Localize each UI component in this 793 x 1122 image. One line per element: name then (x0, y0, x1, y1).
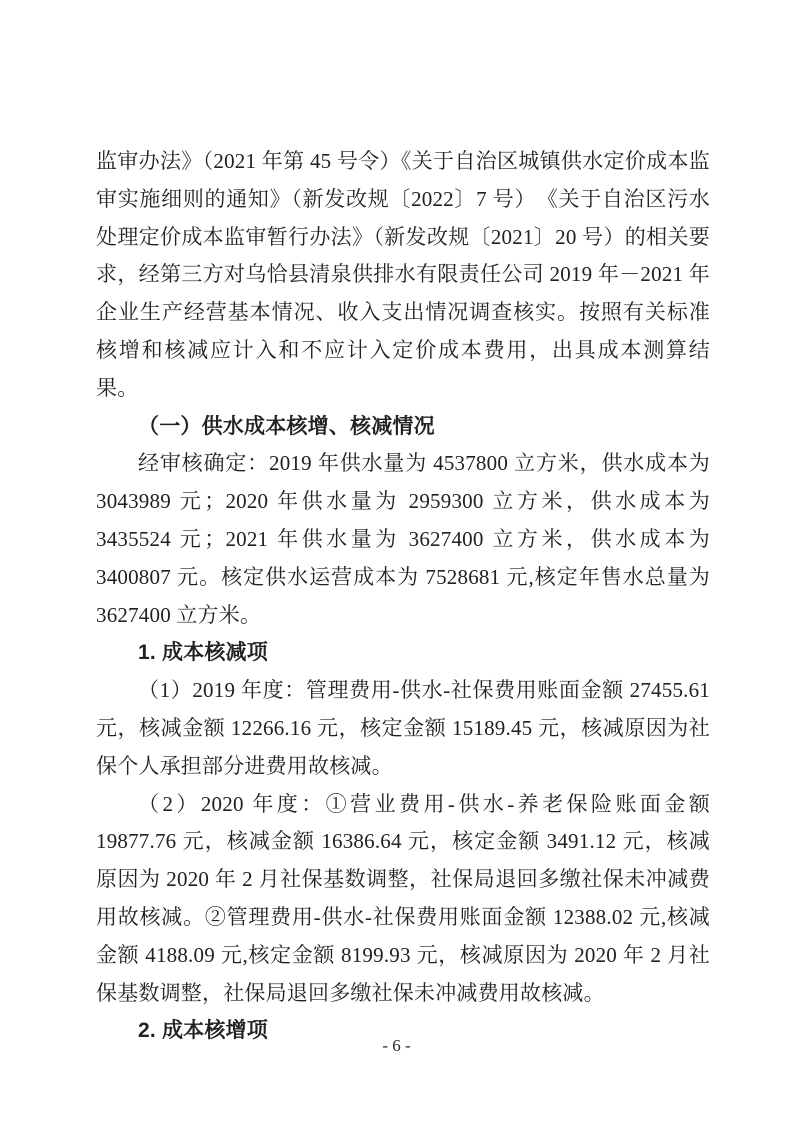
paragraph-2020-reduction: （2）2020 年度：①营业费用-供水-养老保险账面金额 19877.76 元，… (96, 786, 710, 1013)
page-number: - 6 - (0, 1034, 793, 1058)
page-body: 监审办法》（2021 年第 45 号令）《关于自治区城镇供水定价成本监审实施细则… (96, 143, 710, 1050)
subheading-cost-reduction-items: 1. 成本核减项 (96, 634, 710, 672)
paragraph-continuation: 监审办法》（2021 年第 45 号令）《关于自治区城镇供水定价成本监审实施细则… (96, 143, 710, 408)
paragraph-audit-determination: 经审核确定：2019 年供水量为 4537800 立方米，供水成本为 30439… (96, 445, 710, 634)
section-heading-water-supply-cost: （一）供水成本核增、核减情况 (96, 408, 710, 446)
document-page: 监审办法》（2021 年第 45 号令）《关于自治区城镇供水定价成本监审实施细则… (0, 0, 793, 1122)
paragraph-2019-reduction: （1）2019 年度：管理费用-供水-社保费用账面金额 27455.61 元，核… (96, 672, 710, 785)
